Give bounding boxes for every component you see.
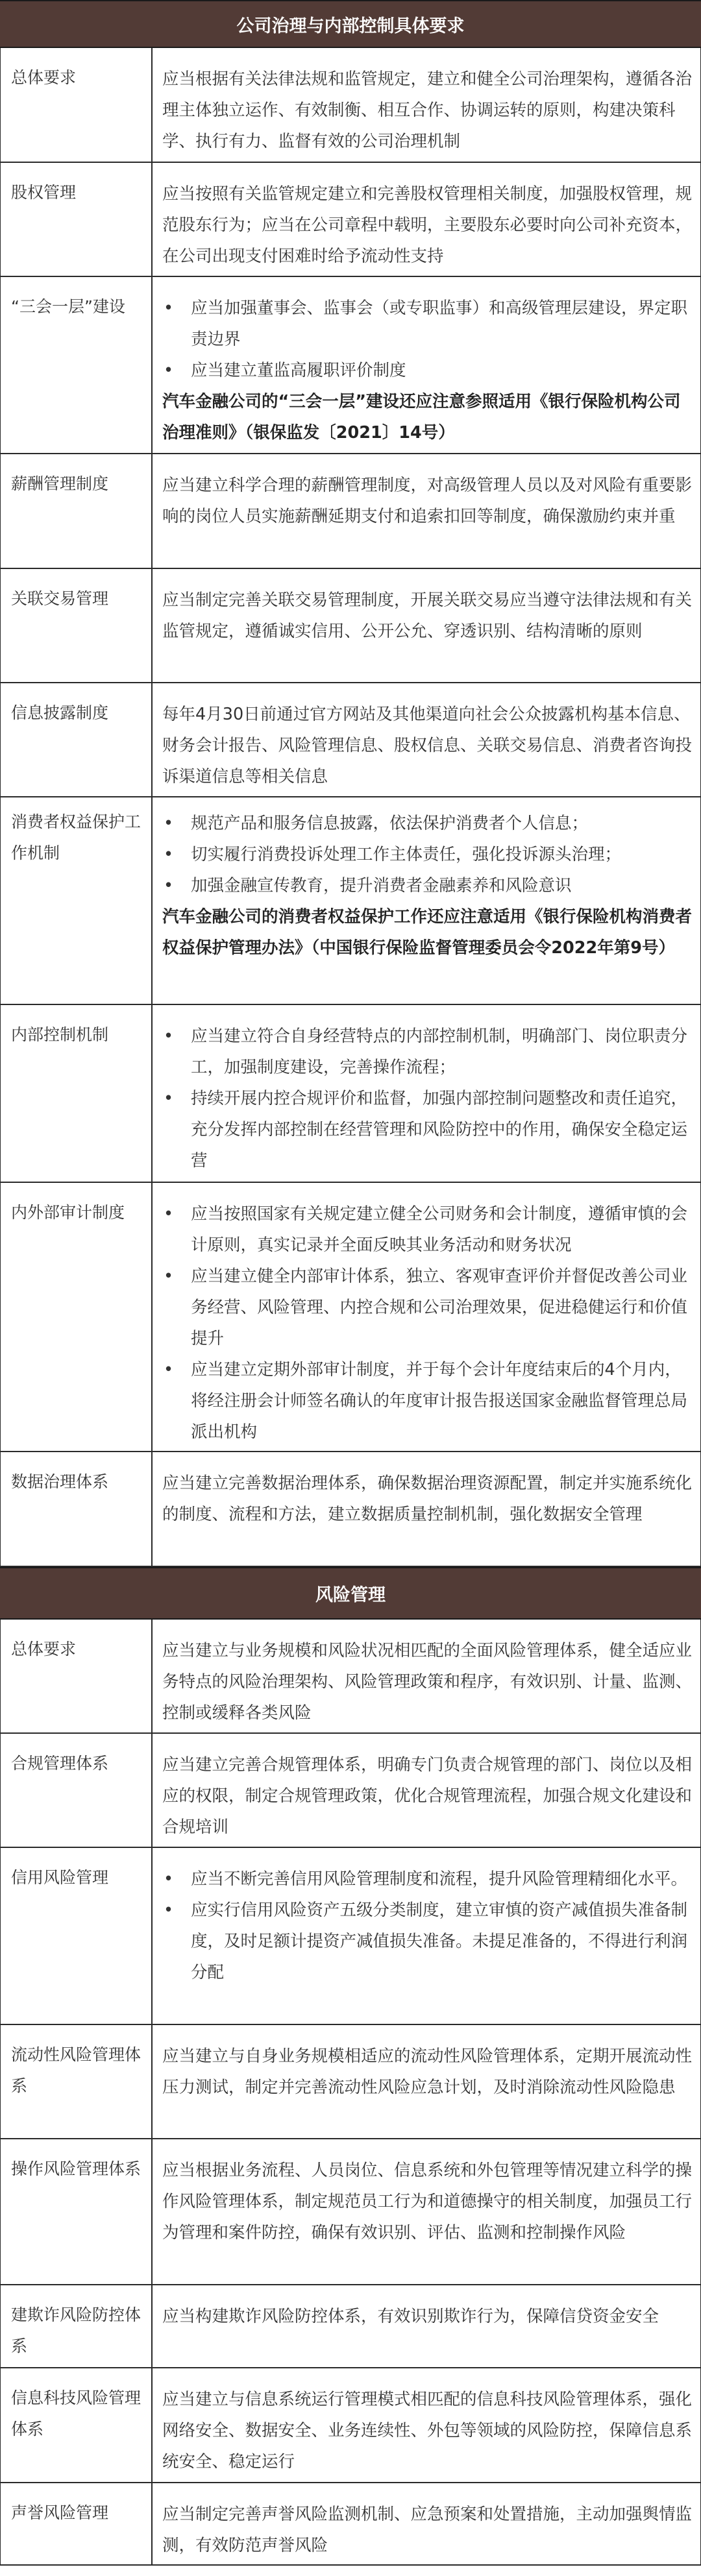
regulation-note: 汽车金融公司的“三会一层”建设还应注意参照适用《银行保险机构公司治理准则》（银保… [162, 386, 694, 448]
table-row: 建欺诈风险防控体系 应当构建欺诈风险防控体系，有效识别欺诈行为，保障信贷资金安全 [0, 2285, 701, 2368]
bullet-item: 规范产品和服务信息披露，依法保护消费者个人信息； [162, 808, 694, 839]
row-label: 声誉风险管理 [1, 2483, 153, 2564]
table-row: 内外部审计制度 应当按照国家有关规定建立健全公司财务和会计制度，遵循审慎的会计原… [0, 1183, 701, 1452]
row-label: 信用风险管理 [1, 1848, 153, 2024]
section-header-risk: 风险管理 [0, 1567, 701, 1620]
row-label: 操作风险管理体系 [1, 2139, 153, 2284]
bullet-list: 应当建立符合自身经营特点的内部控制机制，明确部门、岗位职责分工，加强制度建设，完… [162, 1021, 694, 1176]
table-row: 内部控制机制 应当建立符合自身经营特点的内部控制机制，明确部门、岗位职责分工，加… [0, 1005, 701, 1183]
table-row: 信用风险管理 应当不断完善信用风险管理制度和流程，提升风险管理精细化水平。 应实… [0, 1848, 701, 2025]
section-header-governance: 公司治理与内部控制具体要求 [0, 0, 701, 48]
row-content: 应当建立与自身业务规模相适应的流动性风险管理体系，定期开展流动性压力测试，制定并… [153, 2025, 700, 2138]
row-content: 应当不断完善信用风险管理制度和流程，提升风险管理精细化水平。 应实行信用风险资产… [153, 1848, 700, 2024]
table-row: 数据治理体系 应当建立完善数据治理体系，确保数据治理资源配置，制定并实施系统化的… [0, 1452, 701, 1567]
row-content: 应当根据业务流程、人员岗位、信息系统和外包管理等情况建立科学的操作风险管理体系，… [153, 2139, 700, 2284]
bullet-list: 规范产品和服务信息披露，依法保护消费者个人信息； 切实履行消费投诉处理工作主体责… [162, 808, 694, 901]
row-text: 应当建立完善合规管理体系，明确专门负责合规管理的部门、岗位以及相应的权限，制定合… [162, 1749, 694, 1843]
bullet-item: 应当建立健全内部审计体系，独立、客观审查评价并督促改善公司业务经营、风险管理、内… [162, 1261, 694, 1354]
table-row: 总体要求 应当根据有关法律法规和监管规定，建立和健全公司治理架构，遵循各治理主体… [0, 48, 701, 163]
table-row: 股权管理 应当按照有关监管规定建立和完善股权管理相关制度，加强股权管理，规范股东… [0, 163, 701, 277]
row-label: 信息科技风险管理体系 [1, 2368, 153, 2482]
bullet-item: 切实履行消费投诉处理工作主体责任，强化投诉源头治理； [162, 839, 694, 870]
row-content: 应当按照有关监管规定建立和完善股权管理相关制度，加强股权管理，规范股东行为；应当… [153, 163, 700, 276]
table-row: 关联交易管理 应当制定完善关联交易管理制度，开展关联交易应当遵守法律法规和有关监… [0, 569, 701, 683]
row-text: 应当建立完善数据治理体系，确保数据治理资源配置，制定并实施系统化的制度、流程和方… [162, 1468, 694, 1530]
row-content: 应当建立符合自身经营特点的内部控制机制，明确部门、岗位职责分工，加强制度建设，完… [153, 1005, 700, 1182]
row-label: 总体要求 [1, 48, 153, 162]
bullet-item: 应当建立符合自身经营特点的内部控制机制，明确部门、岗位职责分工，加强制度建设，完… [162, 1021, 694, 1083]
row-label: 建欺诈风险防控体系 [1, 2285, 153, 2367]
bullet-list: 应当按照国家有关规定建立健全公司财务和会计制度，遵循审慎的会计原则，真实记录并全… [162, 1198, 694, 1448]
row-text: 每年4月30日前通过官方网站及其他渠道向社会公众披露机构基本信息、财务会计报告、… [162, 699, 694, 792]
row-text: 应当根据业务流程、人员岗位、信息系统和外包管理等情况建立科学的操作风险管理体系，… [162, 2155, 694, 2248]
row-content: 每年4月30日前通过官方网站及其他渠道向社会公众披露机构基本信息、财务会计报告、… [153, 683, 700, 796]
row-label: 总体要求 [1, 1620, 153, 1732]
table-row: 信息科技风险管理体系 应当建立与信息系统运行管理模式相匹配的信息科技风险管理体系… [0, 2368, 701, 2483]
row-text: 应当建立科学合理的薪酬管理制度，对高级管理人员以及对风险有重要影响的岗位人员实施… [162, 470, 694, 532]
row-text: 应当建立与信息系统运行管理模式相匹配的信息科技风险管理体系，强化网络安全、数据安… [162, 2384, 694, 2477]
row-content: 应当按照国家有关规定建立健全公司财务和会计制度，遵循审慎的会计原则，真实记录并全… [153, 1183, 700, 1451]
bullet-item: 应当建立董监高履职评价制度 [162, 355, 694, 386]
bullet-item: 应当按照国家有关规定建立健全公司财务和会计制度，遵循审慎的会计原则，真实记录并全… [162, 1198, 694, 1261]
bullet-item: 应当加强董事会、监事会（或专职监事）和高级管理层建设，界定职责边界 [162, 293, 694, 355]
row-content: 应当建立与业务规模和风险状况相匹配的全面风险管理体系，健全适应业务特点的风险治理… [153, 1620, 700, 1732]
table-row: 薪酬管理制度 应当建立科学合理的薪酬管理制度，对高级管理人员以及对风险有重要影响… [0, 454, 701, 569]
table-row: 消费者权益保护工作机制 规范产品和服务信息披露，依法保护消费者个人信息； 切实履… [0, 797, 701, 1005]
row-content: 应当建立完善合规管理体系，明确专门负责合规管理的部门、岗位以及相应的权限，制定合… [153, 1734, 700, 1847]
bullet-item: 应实行信用风险资产五级分类制度，建立审慎的资产减值损失准备制度，及时足额计提资产… [162, 1895, 694, 1988]
row-content: 应当根据有关法律法规和监管规定，建立和健全公司治理架构，遵循各治理主体独立运作、… [153, 48, 700, 162]
row-label: 内外部审计制度 [1, 1183, 153, 1451]
row-text: 应当制定完善关联交易管理制度，开展关联交易应当遵守法律法规和有关监管规定，遵循诚… [162, 585, 694, 647]
bullet-list: 应当不断完善信用风险管理制度和流程，提升风险管理精细化水平。 应实行信用风险资产… [162, 1864, 694, 1988]
table-row: 流动性风险管理体系 应当建立与自身业务规模相适应的流动性风险管理体系，定期开展流… [0, 2025, 701, 2139]
row-label: “三会一层”建设 [1, 277, 153, 453]
row-content: 应当制定完善关联交易管理制度，开展关联交易应当遵守法律法规和有关监管规定，遵循诚… [153, 569, 700, 682]
bullet-item: 应当建立定期外部审计制度，并于每个会计年度结束后的4个月内，将经注册会计师签名确… [162, 1354, 694, 1448]
row-label: 关联交易管理 [1, 569, 153, 682]
row-content: 应当加强董事会、监事会（或专职监事）和高级管理层建设，界定职责边界 应当建立董监… [153, 277, 700, 453]
regulation-note: 汽车金融公司的消费者权益保护工作还应注意适用《银行保险机构消费者权益保护管理办法… [162, 901, 694, 964]
row-text: 应当构建欺诈风险防控体系，有效识别欺诈行为，保障信贷资金安全 [162, 2301, 694, 2332]
row-content: 应当建立完善数据治理体系，确保数据治理资源配置，制定并实施系统化的制度、流程和方… [153, 1452, 700, 1566]
requirements-table: 公司治理与内部控制具体要求 总体要求 应当根据有关法律法规和监管规定，建立和健全… [0, 0, 701, 2566]
row-content: 应当构建欺诈风险防控体系，有效识别欺诈行为，保障信贷资金安全 [153, 2285, 700, 2367]
row-label: 内部控制机制 [1, 1005, 153, 1182]
row-text: 应当建立与业务规模和风险状况相匹配的全面风险管理体系，健全适应业务特点的风险治理… [162, 1635, 694, 1729]
table-row: 总体要求 应当建立与业务规模和风险状况相匹配的全面风险管理体系，健全适应业务特点… [0, 1620, 701, 1734]
table-row: “三会一层”建设 应当加强董事会、监事会（或专职监事）和高级管理层建设，界定职责… [0, 277, 701, 454]
bullet-list: 应当加强董事会、监事会（或专职监事）和高级管理层建设，界定职责边界 应当建立董监… [162, 293, 694, 386]
row-label: 合规管理体系 [1, 1734, 153, 1847]
row-label: 信息披露制度 [1, 683, 153, 796]
table-row: 合规管理体系 应当建立完善合规管理体系，明确专门负责合规管理的部门、岗位以及相应… [0, 1734, 701, 1848]
row-content: 规范产品和服务信息披露，依法保护消费者个人信息； 切实履行消费投诉处理工作主体责… [153, 797, 700, 1004]
bullet-item: 持续开展内控合规评价和监督，加强内部控制问题整改和责任追究，充分发挥内部控制在经… [162, 1083, 694, 1176]
row-text: 应当按照有关监管规定建立和完善股权管理相关制度，加强股权管理，规范股东行为；应当… [162, 178, 694, 272]
bullet-item: 加强金融宣传教育，提升消费者金融素养和风险意识 [162, 870, 694, 901]
section-title: 风险管理 [315, 1581, 386, 1606]
row-label: 消费者权益保护工作机制 [1, 797, 153, 1004]
row-label: 股权管理 [1, 163, 153, 276]
row-label: 数据治理体系 [1, 1452, 153, 1566]
row-content: 应当建立与信息系统运行管理模式相匹配的信息科技风险管理体系，强化网络安全、数据安… [153, 2368, 700, 2482]
table-row: 信息披露制度 每年4月30日前通过官方网站及其他渠道向社会公众披露机构基本信息、… [0, 683, 701, 797]
row-text: 应当建立与自身业务规模相适应的流动性风险管理体系，定期开展流动性压力测试，制定并… [162, 2041, 694, 2103]
table-row: 操作风险管理体系 应当根据业务流程、人员岗位、信息系统和外包管理等情况建立科学的… [0, 2139, 701, 2285]
row-label: 薪酬管理制度 [1, 454, 153, 568]
row-content: 应当建立科学合理的薪酬管理制度，对高级管理人员以及对风险有重要影响的岗位人员实施… [153, 454, 700, 568]
row-text: 应当制定完善声誉风险监测机制、应急预案和处置措施，主动加强舆情监测，有效防范声誉… [162, 2499, 694, 2561]
bullet-item: 应当不断完善信用风险管理制度和流程，提升风险管理精细化水平。 [162, 1864, 694, 1895]
section-title: 公司治理与内部控制具体要求 [237, 12, 465, 37]
table-row: 声誉风险管理 应当制定完善声誉风险监测机制、应急预案和处置措施，主动加强舆情监测… [0, 2483, 701, 2566]
row-label: 流动性风险管理体系 [1, 2025, 153, 2138]
row-content: 应当制定完善声誉风险监测机制、应急预案和处置措施，主动加强舆情监测，有效防范声誉… [153, 2483, 700, 2564]
row-text: 应当根据有关法律法规和监管规定，建立和健全公司治理架构，遵循各治理主体独立运作、… [162, 64, 694, 157]
